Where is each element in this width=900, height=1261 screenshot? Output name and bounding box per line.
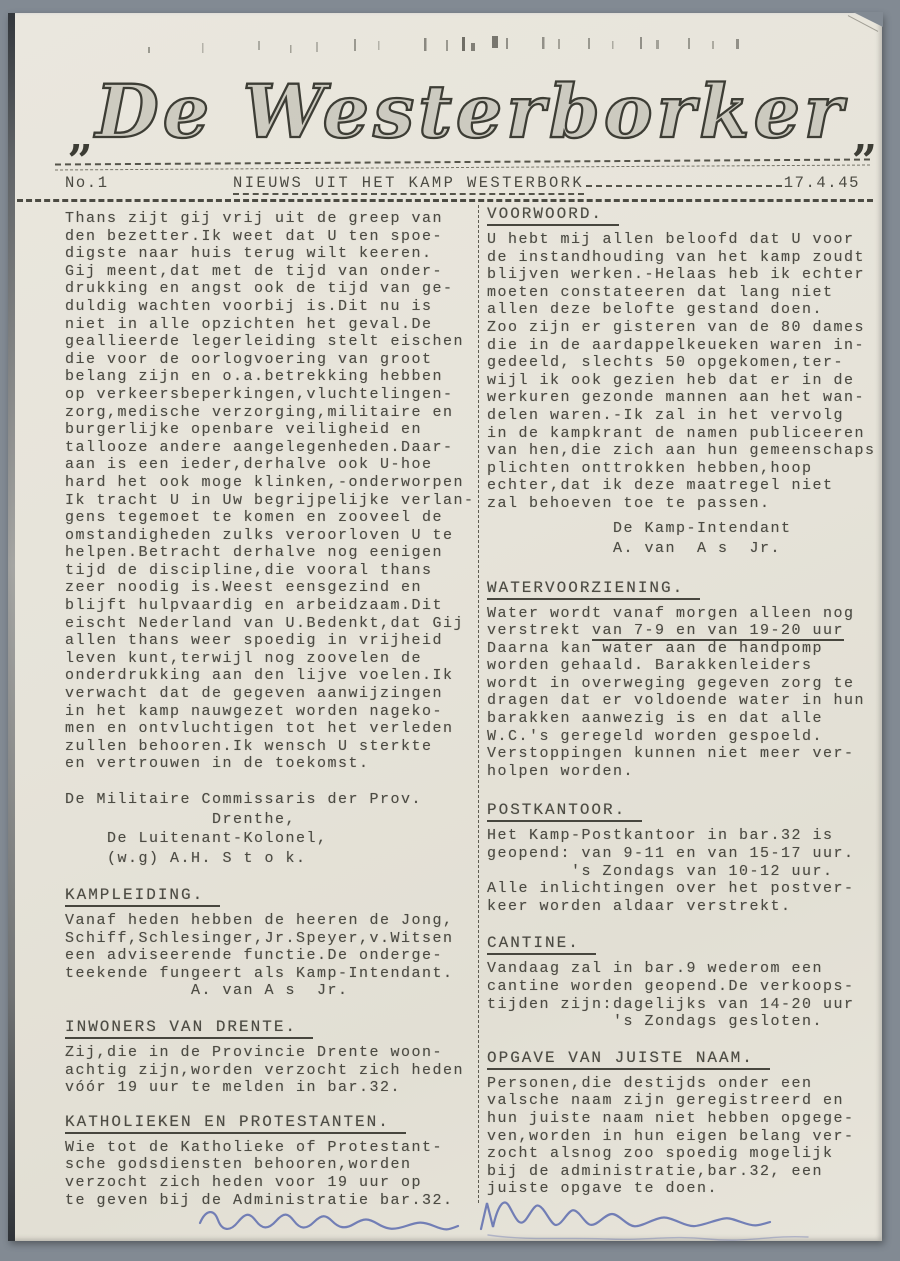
section-heading-cantine: CANTINE. (487, 934, 884, 955)
masthead-open-quote: „ (68, 111, 93, 162)
section-body-opgave: Personen,die destijds onder een valsche … (487, 1075, 884, 1198)
section-body-katholieken: Wie tot de Katholieke of Protestant- sch… (65, 1139, 486, 1209)
section-heading-postkantoor: POSTKANTOOR. (487, 801, 884, 822)
header-subtitle: NIEUWS UIT HET KAMP WESTERBORK (233, 174, 584, 195)
paper-left-edge-shadow (8, 13, 15, 1241)
masthead: „De Westerborker„ (36, 69, 900, 155)
section-heading-opgave: OPGAVE VAN JUISTE NAAM. (487, 1049, 884, 1070)
masthead-close-quote: „ (853, 111, 878, 162)
section-body-voorwoord: U hebt mij allen beloofd dat U voor de i… (487, 231, 884, 513)
section-body-cantine: Vandaag zal in bar.9 wederom een cantine… (487, 960, 884, 1030)
section-heading-kampleiding: KAMPLEIDING. (65, 886, 486, 907)
section-heading-watervoorziening: WATERVOORZIENING. (487, 579, 884, 600)
header-dashed-rule-bottom (17, 199, 873, 202)
section-heading-inwoners: INWONERS VAN DRENTE. (65, 1018, 486, 1039)
section-body-watervoorziening: Water wordt vanaf morgen alleen nog vers… (487, 605, 884, 781)
issue-number: No.1 (65, 174, 233, 192)
section-body-inwoners: Zij,die in de Provincie Drente woon- ach… (65, 1044, 486, 1097)
issue-date: 17.4.45 (784, 174, 860, 192)
underlined-water-hours: van 7-9 en van 19-20 uur (592, 622, 844, 641)
signature-block-intendant: De Kamp-Intendant A. van A s Jr. (487, 519, 884, 559)
intro-paragraph: Thans zijt gij vrij uit de greep van den… (65, 210, 486, 773)
right-column: VOORWOORD. U hebt mij allen beloofd dat … (478, 205, 884, 1203)
signature-block-commissaris: De Militaire Commissaris der Prov. Drent… (65, 790, 486, 868)
newspaper-page: „De Westerborker„ No.1 NIEUWS UIT HET KA… (8, 13, 882, 1241)
header-dashed-filler (586, 171, 782, 187)
header-dashed-rule-top (55, 159, 870, 171)
section-body-postkantoor: Het Kamp-Postkantoor in bar.32 is geopen… (487, 827, 884, 915)
scan-smudge-marks (140, 29, 780, 59)
section-body-kampleiding: Vanaf heden hebben de heeren de Jong, Sc… (65, 912, 486, 1000)
left-column: Thans zijt gij vrij uit de greep van den… (65, 205, 486, 1209)
masthead-title: De Westerborker (95, 69, 846, 155)
section-heading-katholieken: KATHOLIEKEN EN PROTESTANTEN. (65, 1113, 486, 1134)
section-heading-voorwoord: VOORWOORD. (487, 205, 884, 226)
header-bar: No.1 NIEUWS UIT HET KAMP WESTERBORK 17.4… (65, 171, 860, 195)
